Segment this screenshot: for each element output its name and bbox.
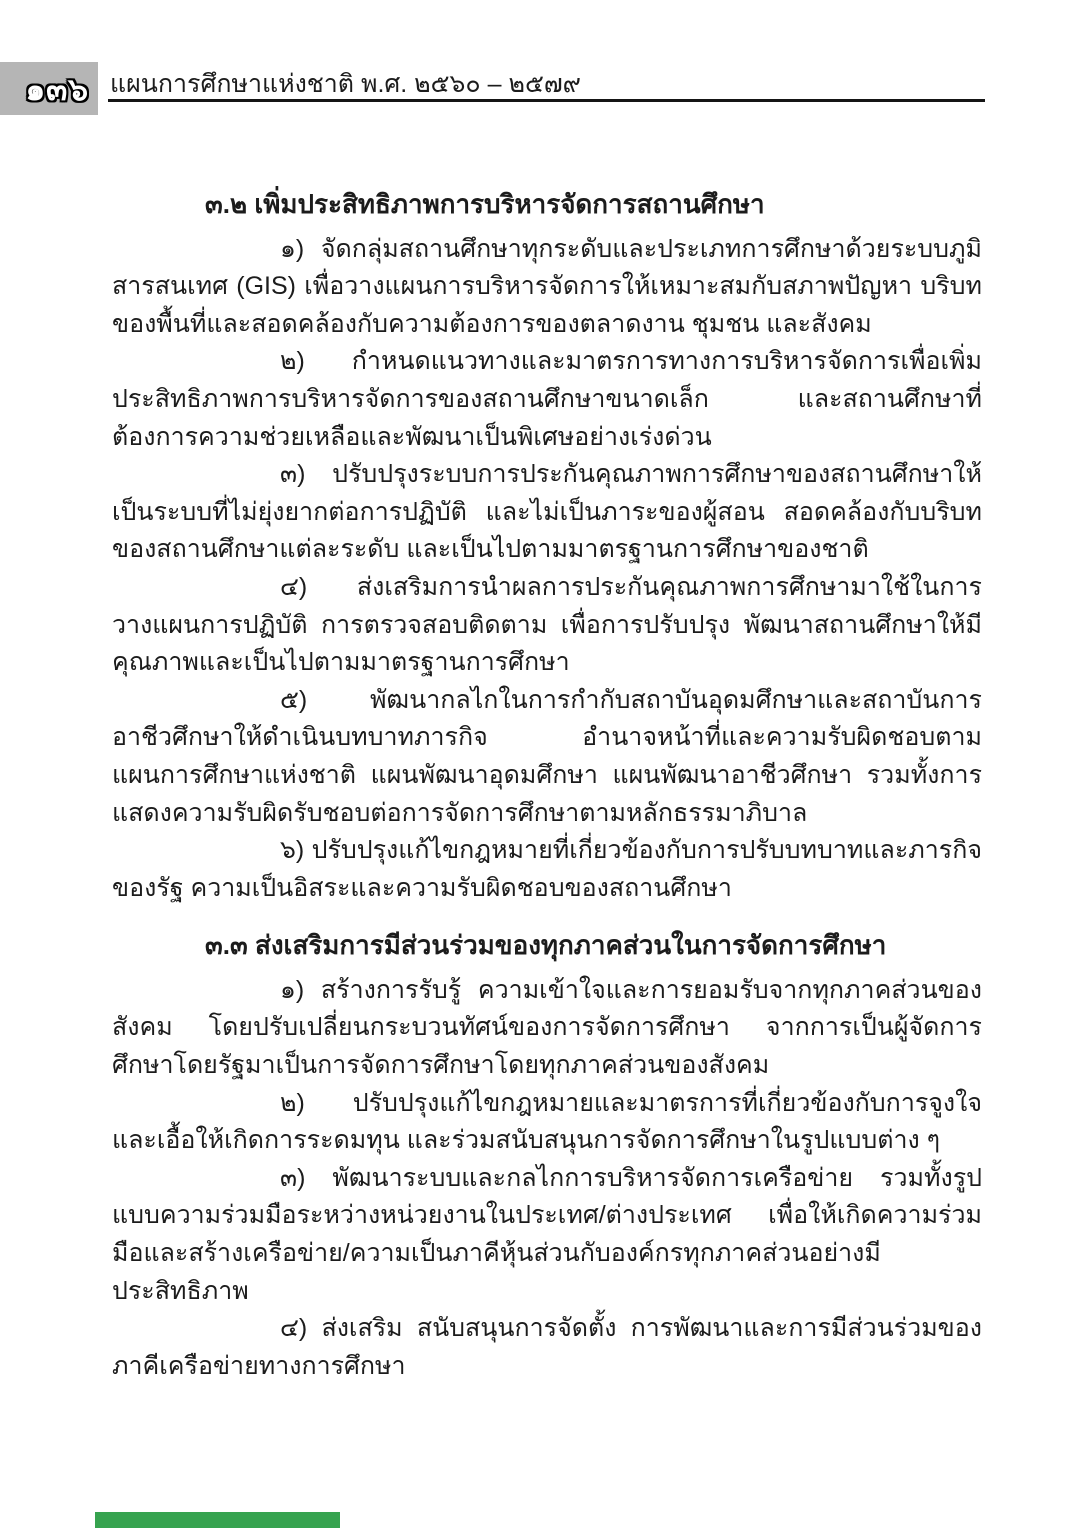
header-title: แผนการศึกษาแห่งชาติ พ.ศ. ๒๕๖๐ – ๒๕๗๙ [110,64,581,104]
document-body: ๓.๒ เพิ่มประสิทธิภาพการบริหารจัดการสถานศ… [112,186,982,1385]
document-page: ๑๓๖ แผนการศึกษาแห่งชาติ พ.ศ. ๒๕๖๐ – ๒๕๗๙… [0,0,1088,1538]
paragraph-3-2-2: ๒) กำหนดแนวทางและมาตรการทางการบริหารจัดก… [112,343,982,456]
section-heading-3-2: ๓.๒ เพิ่มประสิทธิภาพการบริหารจัดการสถานศ… [112,186,982,224]
paragraph-3-2-4: ๔) ส่งเสริมการนำผลการประกันคุณภาพการศึกษ… [112,569,982,682]
paragraph-3-2-6: ๖) ปรับปรุงแก้ไขกฎหมายที่เกี่ยวข้องกับกา… [112,832,982,907]
page-number: ๑๓๖ [25,64,89,114]
paragraph-3-3-4: ๔) ส่งเสริม สนับสนุนการจัดตั้ง การพัฒนาแ… [112,1310,982,1385]
footer-accent-bar [95,1512,340,1528]
paragraph-3-3-3: ๓) พัฒนาระบบและกลไกการบริหารจัดการเครือข… [112,1160,982,1310]
paragraph-3-3-2: ๒) ปรับปรุงแก้ไขกฎหมายและมาตรการที่เกี่ย… [112,1085,982,1160]
paragraph-3-2-5: ๕) พัฒนากลไกในการกำกับสถาบันอุดมศึกษาและ… [112,682,982,832]
page-number-box: ๑๓๖ [0,62,98,115]
paragraph-3-2-1: ๑) จัดกลุ่มสถานศึกษาทุกระดับและประเภทการ… [112,231,982,344]
paragraph-3-2-3: ๓) ปรับปรุงระบบการประกันคุณภาพการศึกษาขอ… [112,456,982,569]
paragraph-3-3-1: ๑) สร้างการรับรู้ ความเข้าใจและการยอมรับ… [112,972,982,1085]
section-heading-3-3: ๓.๓ ส่งเสริมการมีส่วนร่วมของทุกภาคส่วนใน… [112,927,982,965]
header-rule [108,99,985,102]
